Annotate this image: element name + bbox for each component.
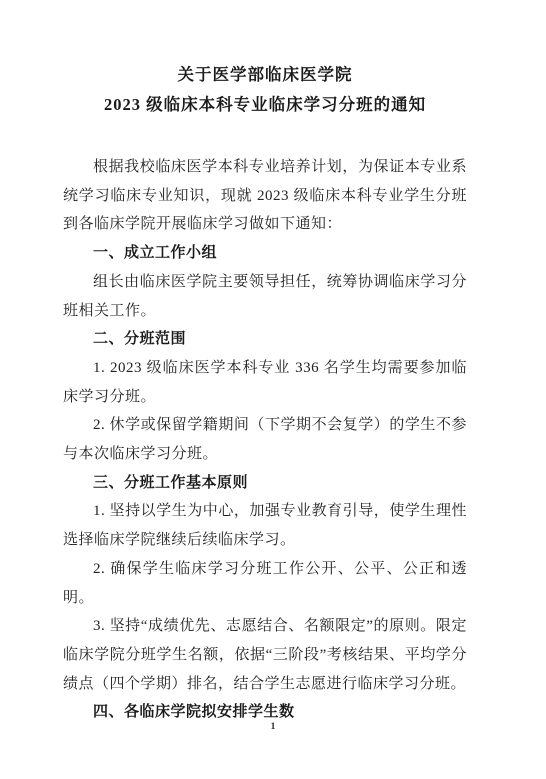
section-heading-2: 二、分班范围	[63, 325, 467, 354]
document-title: 关于医学部临床医学院 2023 级临床本科专业临床学习分班的通知	[63, 60, 467, 120]
paragraph-intro: 根据我校临床医学本科专业培养计划，为保证本专业系统学习临床专业知识，现就 202…	[63, 153, 467, 239]
document-page: 关于医学部临床医学院 2023 级临床本科专业临床学习分班的通知 根据我校临床医…	[0, 0, 546, 779]
title-line-1: 关于医学部临床医学院	[63, 60, 467, 90]
page-number: 1	[0, 722, 546, 732]
paragraph-section3-item3: 3. 坚持“成绩优先、志愿结合、名额限定”的原则。限定临床学院分班学生名额，依据…	[63, 612, 467, 698]
section-heading-1: 一、成立工作小组	[63, 239, 467, 268]
paragraph-section3-item1: 1. 坚持以学生为中心，加强专业教育引导，使学生理性选择临床学院继续后续临床学习…	[63, 497, 467, 554]
paragraph-section1-body: 组长由临床医学院主要领导担任，统筹协调临床学习分班相关工作。	[63, 268, 467, 325]
document-content: 关于医学部临床医学院 2023 级临床本科专业临床学习分班的通知 根据我校临床医…	[63, 60, 467, 727]
paragraph-section2-item1: 1. 2023 级临床医学本科专业 336 名学生均需要参加临床学习分班。	[63, 354, 467, 411]
paragraph-section2-item2: 2. 休学或保留学籍期间（下学期不会复学）的学生不参与本次临床学习分班。	[63, 411, 467, 468]
title-line-2: 2023 级临床本科专业临床学习分班的通知	[63, 90, 467, 120]
section-heading-3: 三、分班工作基本原则	[63, 469, 467, 498]
paragraph-section3-item2: 2. 确保学生临床学习分班工作公开、公平、公正和透明。	[63, 555, 467, 612]
